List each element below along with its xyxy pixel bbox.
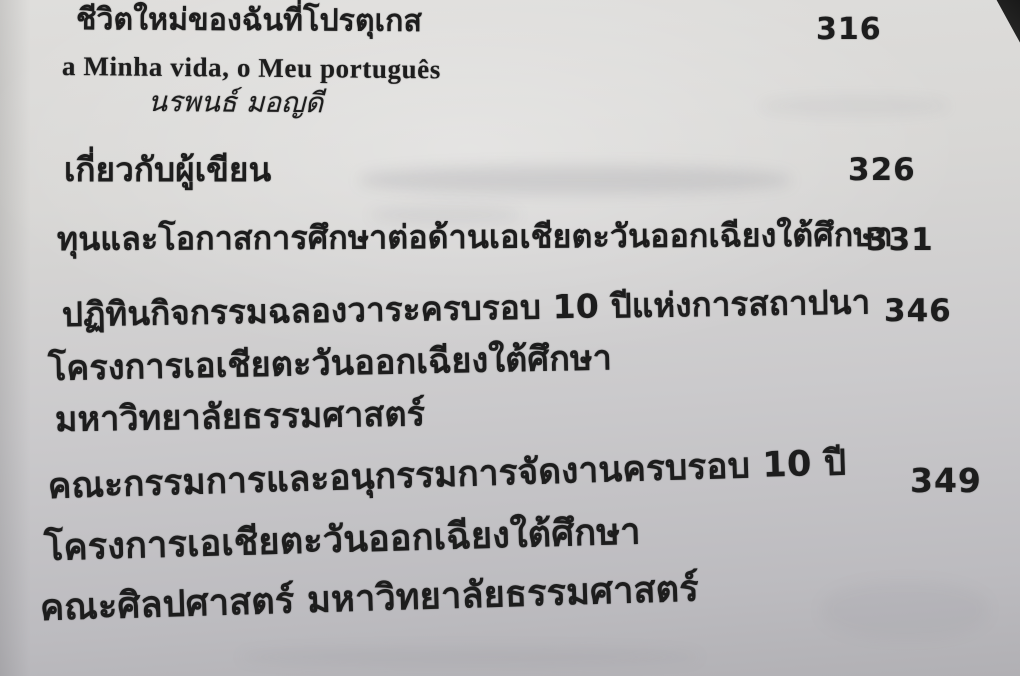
toc-entry-title: ชีวิตใหม่ของฉันที่โปรตุเกส (76, 1, 422, 40)
toc-page-number: 331 (866, 221, 934, 260)
toc-entry-title: เกี่ยวกับผู้เขียน (64, 149, 271, 190)
toc-entry-title: โครงการเอเชียตะวันออกเฉียงใต้ศึกษา (48, 337, 613, 390)
toc-page-number: 316 (816, 11, 882, 49)
book-page-photo: ชีวิตใหม่ของฉันที่โปรตุเกส 316 a Minha v… (0, 0, 1020, 676)
toc-entry-title: ปฏิทินกิจกรรมฉลองวาระครบรอบ 10 ปีแห่งการ… (62, 281, 871, 335)
toc-page-number: 349 (910, 460, 982, 501)
toc-entry-title: ทุนและโอกาสการศึกษาต่อด้านเอเชียตะวันออก… (57, 215, 893, 259)
table-of-contents: ชีวิตใหม่ของฉันที่โปรตุเกส 316 a Minha v… (0, 0, 1020, 676)
toc-entry-author: นรพนธ์ มอญดี (148, 84, 323, 120)
toc-entry-title: คณะกรรมการและอนุกรรมการจัดงานครบรอบ 10 ป… (47, 442, 847, 509)
toc-page-number: 326 (848, 151, 916, 190)
toc-entry-title: โครงการเอเชียตะวันออกเฉียงใต้ศึกษา (43, 509, 641, 571)
toc-page-number: 346 (884, 292, 952, 331)
toc-entry-subtitle: a Minha vida, o Meu português (62, 50, 441, 87)
toc-entry-title: คณะศิลปศาสตร์ มหาวิทยาลัยธรรมศาสตร์ (39, 566, 699, 631)
toc-entry-title: มหาวิทยาลัยธรรมศาสตร์ (55, 393, 426, 441)
